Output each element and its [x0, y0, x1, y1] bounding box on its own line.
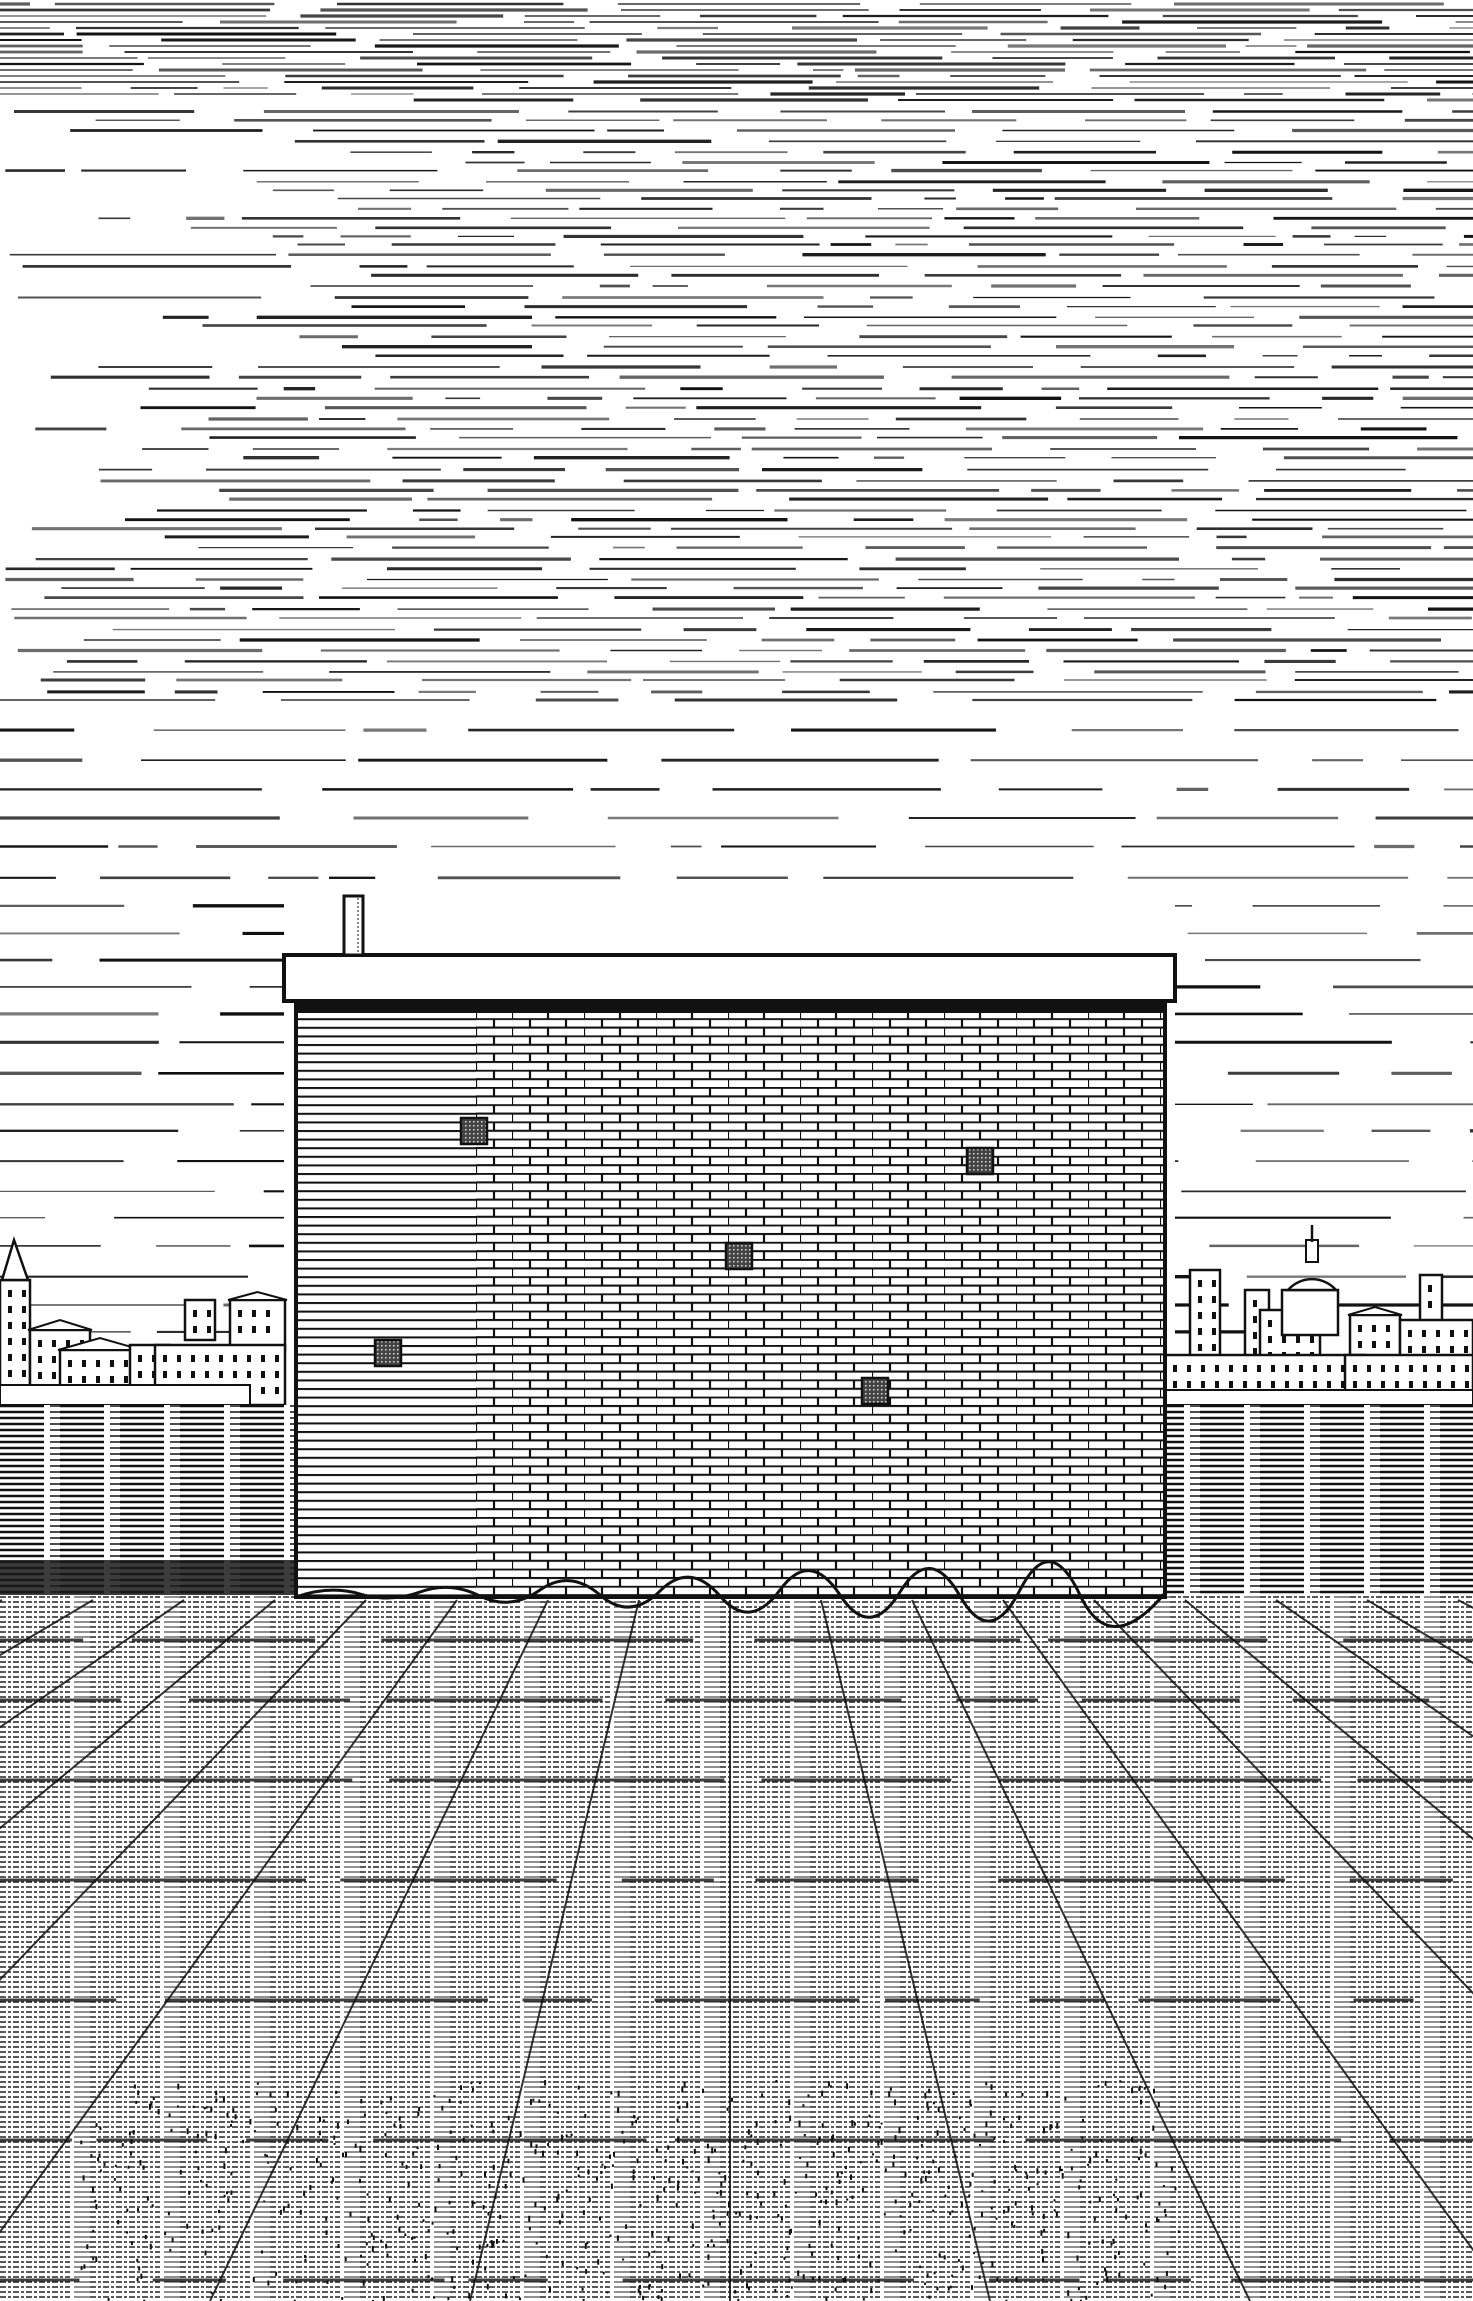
wall-shade — [296, 1001, 476, 1597]
window — [375, 1340, 401, 1366]
window — [726, 1243, 752, 1269]
chimney — [344, 896, 363, 955]
building — [284, 896, 1175, 1627]
window — [967, 1148, 993, 1174]
window — [461, 1118, 487, 1144]
window — [862, 1378, 888, 1404]
roof-cornice — [284, 955, 1175, 1001]
etching-scene — [0, 0, 1473, 2301]
